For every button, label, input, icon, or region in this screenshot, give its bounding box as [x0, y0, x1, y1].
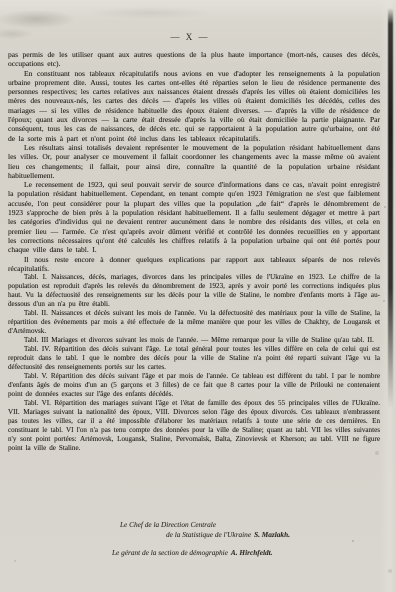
paragraph: Les résultats ainsi totalisés devaient r… — [8, 143, 380, 180]
scanned-document-page: — X — pas permis de les utiliser quant a… — [0, 0, 396, 592]
signature-role: Le Chef de la Direction Centrale — [120, 520, 216, 529]
paragraph: pas permis de les utiliser quant aux aut… — [8, 50, 380, 69]
tabl-paragraph: Tabl. I. Naissances, décès, mariages, di… — [8, 273, 380, 309]
tabl-paragraph: Tabl. III Mariages et divorces suivant l… — [8, 336, 380, 345]
page-number: — X — — [0, 32, 380, 42]
document-body: pas permis de les utiliser quant aux aut… — [8, 50, 380, 453]
scan-noise-speckles — [0, 0, 2, 2]
signature-role-line: de la Statistique de l'UkraineS. Mazlakh… — [166, 530, 380, 540]
signature-block: Le Chef de la Direction Centrale de la S… — [8, 520, 380, 558]
tabl-paragraph: Tabl. IV. Répartition des décès suivant … — [8, 345, 380, 372]
tabl-paragraph: Tabl. II. Naissances et décès suivant le… — [8, 309, 380, 336]
signature-role: de la Statistique de l'Ukraine — [166, 530, 251, 539]
tabl-paragraph: Tabl. V. Répartition des décès suivant l… — [8, 372, 380, 399]
tabl-paragraph: Tabl. VI. Répartition des mariages suiva… — [8, 399, 380, 453]
signature-role: Le gérant de la section de démographie — [112, 548, 228, 557]
signature-role-line: Le gérant de la section de démographieA.… — [112, 548, 380, 558]
paragraph: Il nous reste encore à donner quelques e… — [8, 255, 380, 274]
paragraph: En constituant nos tableaux récapitulati… — [8, 69, 380, 143]
signature-role-line: Le Chef de la Direction Centrale — [120, 520, 380, 530]
paragraph: Le recensement de 1923, qui seul pouvait… — [8, 180, 380, 254]
scan-edge-artifact — [388, 8, 393, 408]
signature-name: A. Hirchfeldt. — [231, 548, 273, 557]
signature-name: S. Mazlakh. — [254, 530, 290, 539]
